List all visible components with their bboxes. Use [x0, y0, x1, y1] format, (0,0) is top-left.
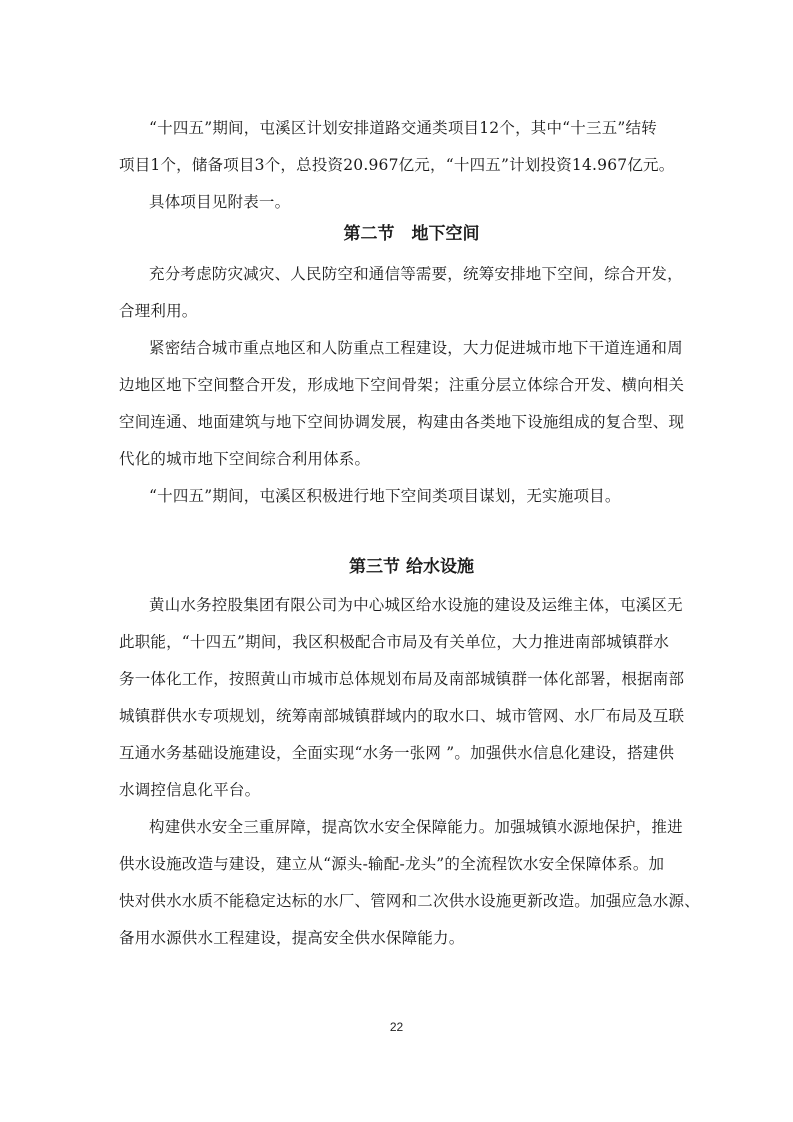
- section-heading-water-supply: 第三节 给水设施: [119, 555, 704, 579]
- text-line: 构建供水安全三重屏障，提高饮水安全保障能力。加强城镇水源地保护，推进: [119, 809, 704, 846]
- text-line: 备用水源供水工程建设，提高安全供水保障能力。: [119, 920, 704, 957]
- text-line: 务一体化工作，按照黄山市城市总体规划布局及南部城镇群一体化部署，根据南部: [119, 661, 704, 698]
- paragraph-underground-intro: 充分考虑防灾减灾、人民防空和通信等需要，统筹安排地下空间，综合开发， 合理利用。: [119, 256, 704, 330]
- paragraph-underground-development: 紧密结合城市重点地区和人防重点工程建设，大力促进城市地下干道连通和周 边地区地下…: [119, 330, 704, 478]
- paragraph-water-supply-operator: 黄山水务控股集团有限公司为中心城区给水设施的建设及运维主体，屯溪区无 此职能，“…: [119, 587, 704, 809]
- paragraph-water-safety: 构建供水安全三重屏障，提高饮水安全保障能力。加强城镇水源地保护，推进 供水设施改…: [119, 809, 704, 957]
- text-line: 水调控信息化平台。: [119, 772, 704, 809]
- text-line: 城镇群供水专项规划，统筹南部城镇群域内的取水口、城市管网、水厂布局及互联: [119, 698, 704, 735]
- page-number: 22: [0, 1020, 793, 1034]
- text-line: 项目1个，储备项目3个，总投资20.967亿元，“十四五”计划投资14.967亿…: [119, 147, 704, 184]
- text-line: 具体项目见附表一。: [119, 184, 704, 221]
- text-line: 代化的城市地下空间综合利用体系。: [119, 441, 704, 478]
- text-line: 紧密结合城市重点地区和人防重点工程建设，大力促进城市地下干道连通和周: [119, 330, 704, 367]
- text-line: 合理利用。: [119, 293, 704, 330]
- paragraph-see-appendix: 具体项目见附表一。: [119, 184, 704, 221]
- section-heading-underground-space: 第二节 地下空间: [119, 222, 704, 246]
- text-line: 互通水务基础设施建设，全面实现“水务一张网 ”。加强供水信息化建设，搭建供: [119, 735, 704, 772]
- text-line: “十四五”期间，屯溪区计划安排道路交通类项目12个，其中“十三五”结转: [119, 110, 704, 147]
- text-line: 供水设施改造与建设，建立从“源头-输配-龙头”的全流程饮水安全保障体系。加: [119, 846, 704, 883]
- text-line: 充分考虑防灾减灾、人民防空和通信等需要，统筹安排地下空间，综合开发，: [119, 256, 704, 293]
- text-line: 快对供水水质不能稳定达标的水厂、管网和二次供水设施更新改造。加强应急水源、: [119, 883, 704, 920]
- text-line: 黄山水务控股集团有限公司为中心城区给水设施的建设及运维主体，屯溪区无: [119, 587, 704, 624]
- text-line: “十四五”期间，屯溪区积极进行地下空间类项目谋划，无实施项目。: [119, 478, 704, 515]
- paragraph-underground-plan: “十四五”期间，屯溪区积极进行地下空间类项目谋划，无实施项目。: [119, 478, 704, 515]
- paragraph-road-projects: “十四五”期间，屯溪区计划安排道路交通类项目12个，其中“十三五”结转 项目1个…: [119, 110, 704, 184]
- text-line: 空间连通、地面建筑与地下空间协调发展，构建由各类地下设施组成的复合型、现: [119, 404, 704, 441]
- text-line: 边地区地下空间整合开发，形成地下空间骨架；注重分层立体综合开发、横向相关: [119, 367, 704, 404]
- text-line: 此职能，“十四五”期间，我区积极配合市局及有关单位，大力推进南部城镇群水: [119, 624, 704, 661]
